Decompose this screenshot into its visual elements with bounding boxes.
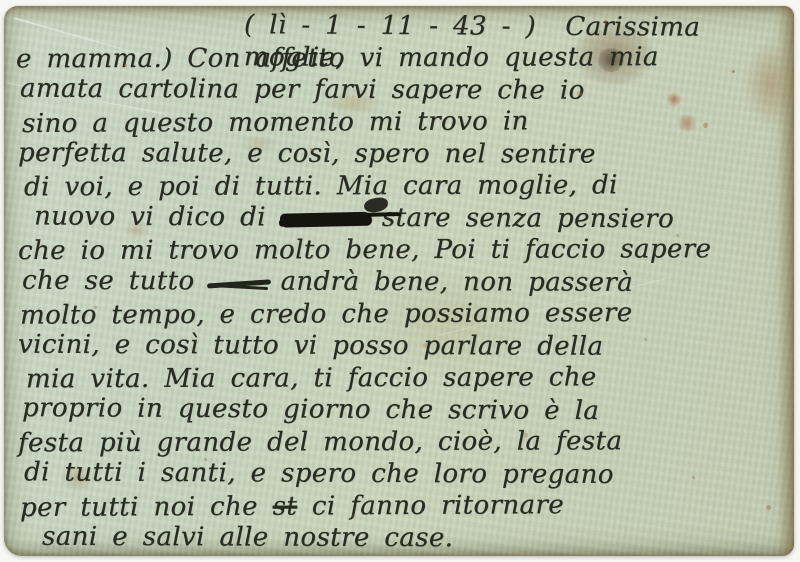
- line-text: che io mi trovo molto bene, Poi ti facci…: [18, 234, 711, 266]
- handwriting-line: perfetta salute, e così, spero nel senti…: [12, 137, 788, 171]
- handwriting-line: che io mi trovo molto bene, Poi ti facci…: [12, 233, 788, 267]
- line-text: sani e salvi alle nostre case.: [42, 522, 453, 553]
- line-text: stare senza pensiero: [382, 203, 674, 234]
- line-text: di tutti i santi, e spero che loro prega…: [24, 457, 614, 490]
- handwriting-line: festa più grande del mondo, cioè, la fes…: [12, 425, 788, 460]
- line-text: e mamma.) Con affetto vi mando questa mi…: [16, 42, 659, 74]
- ink-blot-redaction: [280, 212, 372, 228]
- line-text: proprio in questo giorno che scrivo è la: [22, 393, 599, 426]
- postcard: ( lì - 1 - 11 - 43 - ) Carissima moglie,…: [4, 6, 794, 556]
- letter-text: ( lì - 1 - 11 - 43 - ) Carissima moglie,…: [12, 10, 788, 554]
- handwriting-line: ( lì - 1 - 11 - 43 - ) Carissima moglie,: [12, 8, 788, 44]
- handwriting-line: mia vita. Mia cara, ti faccio sapere che: [12, 361, 788, 396]
- handwriting-line: proprio in questo giorno che scrivo è la: [12, 392, 788, 428]
- line-text: che se tutto: [22, 266, 195, 297]
- line-text: per tutti noi che: [20, 492, 258, 523]
- handwriting-line: di tutti i santi, e spero che loro prega…: [12, 456, 788, 491]
- line-text: vicini, e così tutto vi posso parlare de…: [18, 330, 603, 362]
- handwriting-line: e mamma.) Con affetto vi mando questa mi…: [12, 41, 788, 76]
- handwriting-line: per tutti noi che st ci fanno ritornare: [12, 488, 788, 524]
- line-text: perfetta salute, e così, spero nel senti…: [18, 138, 596, 170]
- line-text: andrà bene, non passerà: [280, 267, 633, 298]
- line-text: amata cartolina per farvi sapere che io: [20, 74, 585, 106]
- handwriting-line: che se tuttoandrà bene, non passerà: [12, 265, 788, 300]
- scribbled-out-word: [206, 277, 270, 291]
- handwriting-line: nuovo vi dico distare senza pensiero: [12, 200, 788, 235]
- line-text: di voi, e poi di tutti. Mia cara moglie,…: [24, 170, 618, 202]
- handwriting-line: di voi, e poi di tutti. Mia cara moglie,…: [12, 169, 788, 204]
- handwriting-line: sino a questo momento mi trovo in: [12, 104, 788, 140]
- line-text: molto tempo, e credo che possiamo essere: [20, 298, 633, 331]
- handwriting-line: molto tempo, e credo che possiamo essere: [12, 296, 788, 331]
- struck-out-word: st: [272, 492, 297, 522]
- handwriting-line: sani e salvi alle nostre case.: [12, 521, 788, 556]
- line-text: nuovo vi dico di: [34, 201, 266, 232]
- line-text: festa più grande del mondo, cioè, la fes…: [18, 426, 622, 458]
- line-text: ci fanno ritornare: [312, 490, 564, 521]
- line-text: sino a questo momento mi trovo in: [22, 106, 529, 139]
- handwriting-line: vicini, e così tutto vi posso parlare de…: [12, 329, 788, 364]
- foxing-specks: [4, 6, 7, 9]
- line-text: mia vita. Mia cara, ti faccio sapere che: [26, 362, 597, 394]
- handwriting-line: amata cartolina per farvi sapere che io: [12, 73, 788, 108]
